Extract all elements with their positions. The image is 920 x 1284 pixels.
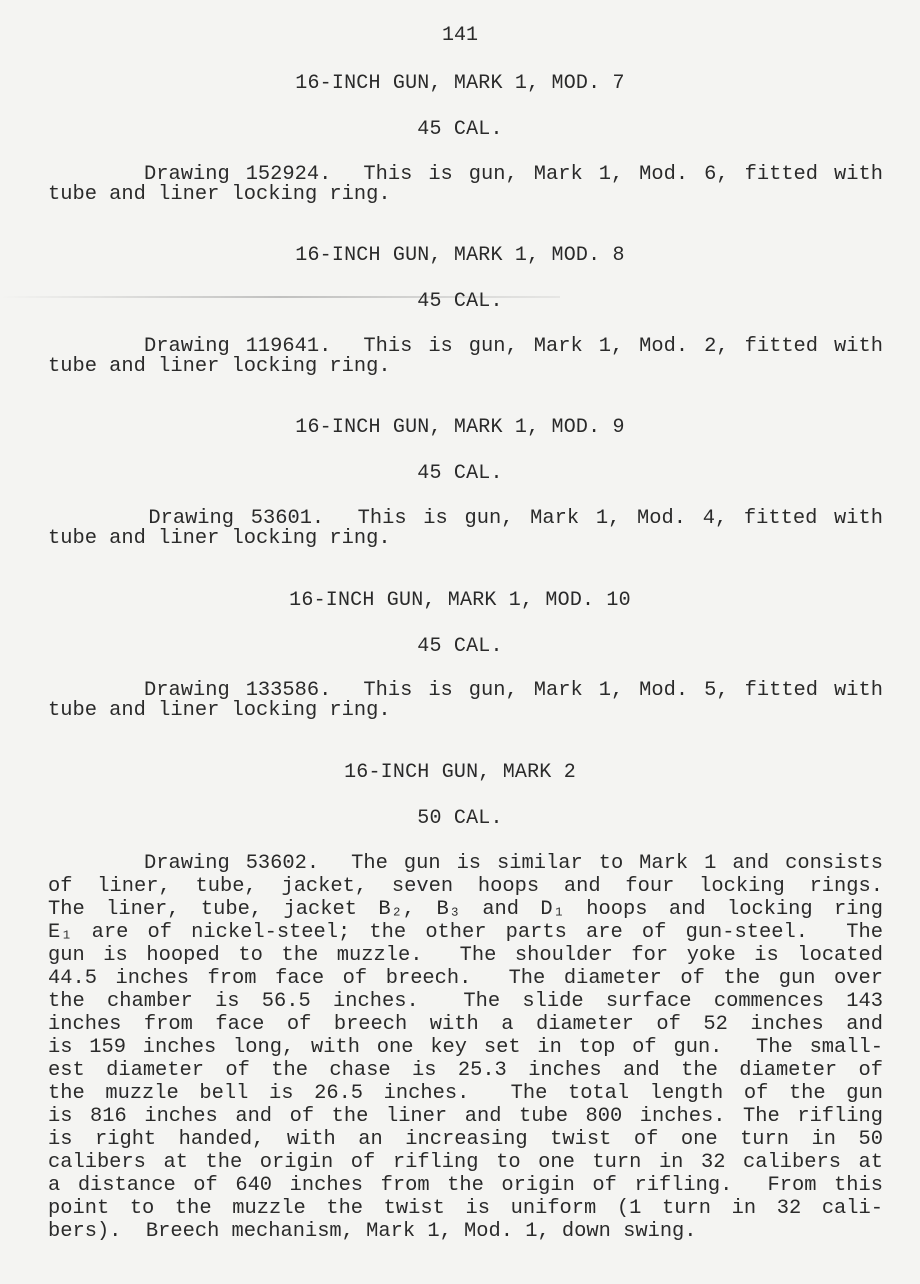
paragraph-line: Drawing 152924. This is gun, Mark 1, Mod… [48,165,883,185]
paragraph-line: tube and liner locking ring. [48,701,883,721]
paragraph-line: Drawing 133586. This is gun, Mark 1, Mod… [48,681,883,701]
paragraph-line: point to the muzzle the twist is uniform… [48,1197,883,1220]
paragraph-line: the muzzle bell is 26.5 inches. The tota… [48,1082,883,1105]
section-paragraph: Drawing 152924. This is gun, Mark 1, Mod… [48,165,883,205]
section-paragraph: Drawing 53601. This is gun, Mark 1, Mod.… [48,509,883,549]
paragraph-line: tube and liner locking ring. [48,357,883,377]
paragraph-line: is right handed, with an increasing twis… [48,1128,883,1151]
paragraph-line: 44.5 inches from face of breech. The dia… [48,967,883,990]
section-title: 16-INCH GUN, MARK 1, MOD. 9 [0,416,920,439]
section-title: 16-INCH GUN, MARK 1, MOD. 7 [0,72,920,95]
paragraph-line: E₁ are of nickel-steel; the other parts … [48,921,883,944]
section-paragraph: Drawing 119641. This is gun, Mark 1, Mod… [48,337,883,377]
paragraph-line: Drawing 53602. The gun is similar to Mar… [48,852,883,875]
paragraph-line: is 816 inches and of the liner and tube … [48,1105,883,1128]
paragraph-line: The liner, tube, jacket B₂, B₃ and D₁ ho… [48,898,883,921]
paragraph-line: tube and liner locking ring. [48,185,883,205]
section-caliber: 45 CAL. [0,118,920,141]
section-caliber: 45 CAL. [0,290,920,313]
paragraph-line: est diameter of the chase is 25.3 inches… [48,1059,883,1082]
paragraph-line: a distance of 640 inches from the origin… [48,1174,883,1197]
section-title: 16-INCH GUN, MARK 1, MOD. 8 [0,244,920,267]
section-paragraph: Drawing 133586. This is gun, Mark 1, Mod… [48,681,883,721]
section-caliber: 50 CAL. [0,807,920,830]
paragraph-line: is 159 inches long, with one key set in … [48,1036,883,1059]
paragraph-line: Drawing 119641. This is gun, Mark 1, Mod… [48,337,883,357]
section-title: 16-INCH GUN, MARK 2 [0,761,920,784]
paragraph-line: tube and liner locking ring. [48,529,883,549]
paragraph-line: Drawing 53601. This is gun, Mark 1, Mod.… [48,509,883,529]
page-number: 141 [0,24,920,47]
document-page: 141 16-INCH GUN, MARK 1, MOD. 7 45 CAL. … [0,0,920,1284]
paragraph-line: of liner, tube, jacket, seven hoops and … [48,875,883,898]
section-paragraph: Drawing 53602. The gun is similar to Mar… [48,852,883,1243]
paragraph-line: inches from face of breech with a diamet… [48,1013,883,1036]
section-caliber: 45 CAL. [0,462,920,485]
section-title: 16-INCH GUN, MARK 1, MOD. 10 [0,589,920,612]
paragraph-line: bers). Breech mechanism, Mark 1, Mod. 1,… [48,1220,883,1243]
paragraph-line: the chamber is 56.5 inches. The slide su… [48,990,883,1013]
paragraph-line: calibers at the origin of rifling to one… [48,1151,883,1174]
paragraph-line: gun is hooped to the muzzle. The shoulde… [48,944,883,967]
section-caliber: 45 CAL. [0,635,920,658]
